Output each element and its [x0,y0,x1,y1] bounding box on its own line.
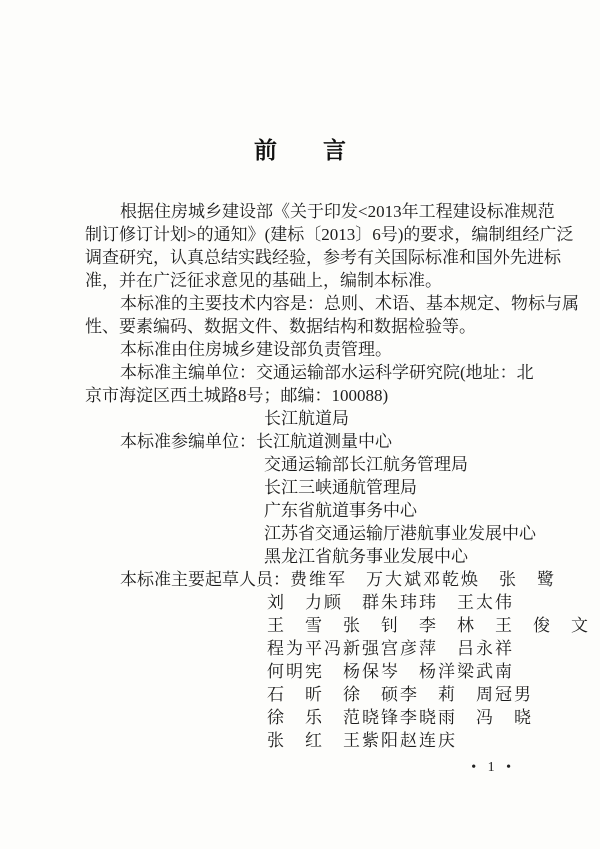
chief-editor-line: 京市海淀区西土城路8号；邮编：100088) [85,384,517,407]
participant-unit: 交通运输部长江航务管理局 [85,453,517,476]
drafter-row: 刘 力顾 群朱玮玮 王太伟 [85,591,517,614]
drafter-row: 程为平冯新强宫彦萍 吕永祥 [85,637,517,660]
participants-label: 本标准参编单位： [120,432,256,451]
participants-label-line: 本标准参编单位：长江航道测量中心 [85,430,517,453]
chief-editor-additional-unit: 长江航道局 [85,407,517,430]
drafters-label: 本标准主要起草人员： [120,570,290,589]
drafter-row: 王 雪 张 钊 李 林 王 俊 文 [85,614,517,637]
drafter-row: 石 昕 徐 硕李 莉 周冠男 [85,683,517,706]
participant-unit: 广东省航道事务中心 [85,499,517,522]
drafter-row: 何明宪 杨保岑 杨洋梁武南 [85,660,517,683]
participant-unit: 江苏省交通运输厅港航事业发展中心 [85,522,517,545]
paragraph-1-line: 调查研究，认真总结实践经验，参考有关国际标准和国外先进标 [85,246,517,269]
paragraph-1-line: 根据住房城乡建设部《关于印发<2013年工程建设标准规范 [85,200,517,223]
document-page: 前 言 根据住房城乡建设部《关于印发<2013年工程建设标准规范 制订修订计划>… [0,0,600,849]
participant-unit: 长江航道测量中心 [256,432,392,451]
paragraph-2-line: 本标准的主要技术内容是：总则、术语、基本规定、物标与属 [85,292,517,315]
paragraph-3-line: 本标准由住房城乡建设部负责管理。 [85,338,517,361]
page-number: • 1 • [471,760,515,776]
paragraph-2-line: 性、要素编码、数据文件、数据结构和数据检验等。 [85,315,517,338]
drafter-row: 费维军 万大斌邓乾焕 张 鹭 [290,570,556,589]
drafter-row: 张 红 王紫阳赵连庆 [85,729,517,752]
drafter-row: 徐 乐 范晓锋李晓雨 冯 晓 [85,706,517,729]
drafters-label-line: 本标准主要起草人员：费维军 万大斌邓乾焕 张 鹭 [85,568,517,591]
chief-editor-line: 本标准主编单位：交通运输部水运科学研究院(地址：北 [85,361,517,384]
paragraph-1-line: 准，并在广泛征求意见的基础上，编制本标准。 [85,269,517,292]
participant-unit: 长江三峡通航管理局 [85,476,517,499]
paragraph-1-line: 制订修订计划>的通知》(建标〔2013〕6号)的要求，编制组经广泛 [85,223,517,246]
foreword-body: 根据住房城乡建设部《关于印发<2013年工程建设标准规范 制订修订计划>的通知》… [85,200,517,752]
participant-unit: 黑龙江省航务事业发展中心 [85,545,517,568]
page-title: 前 言 [0,132,600,165]
